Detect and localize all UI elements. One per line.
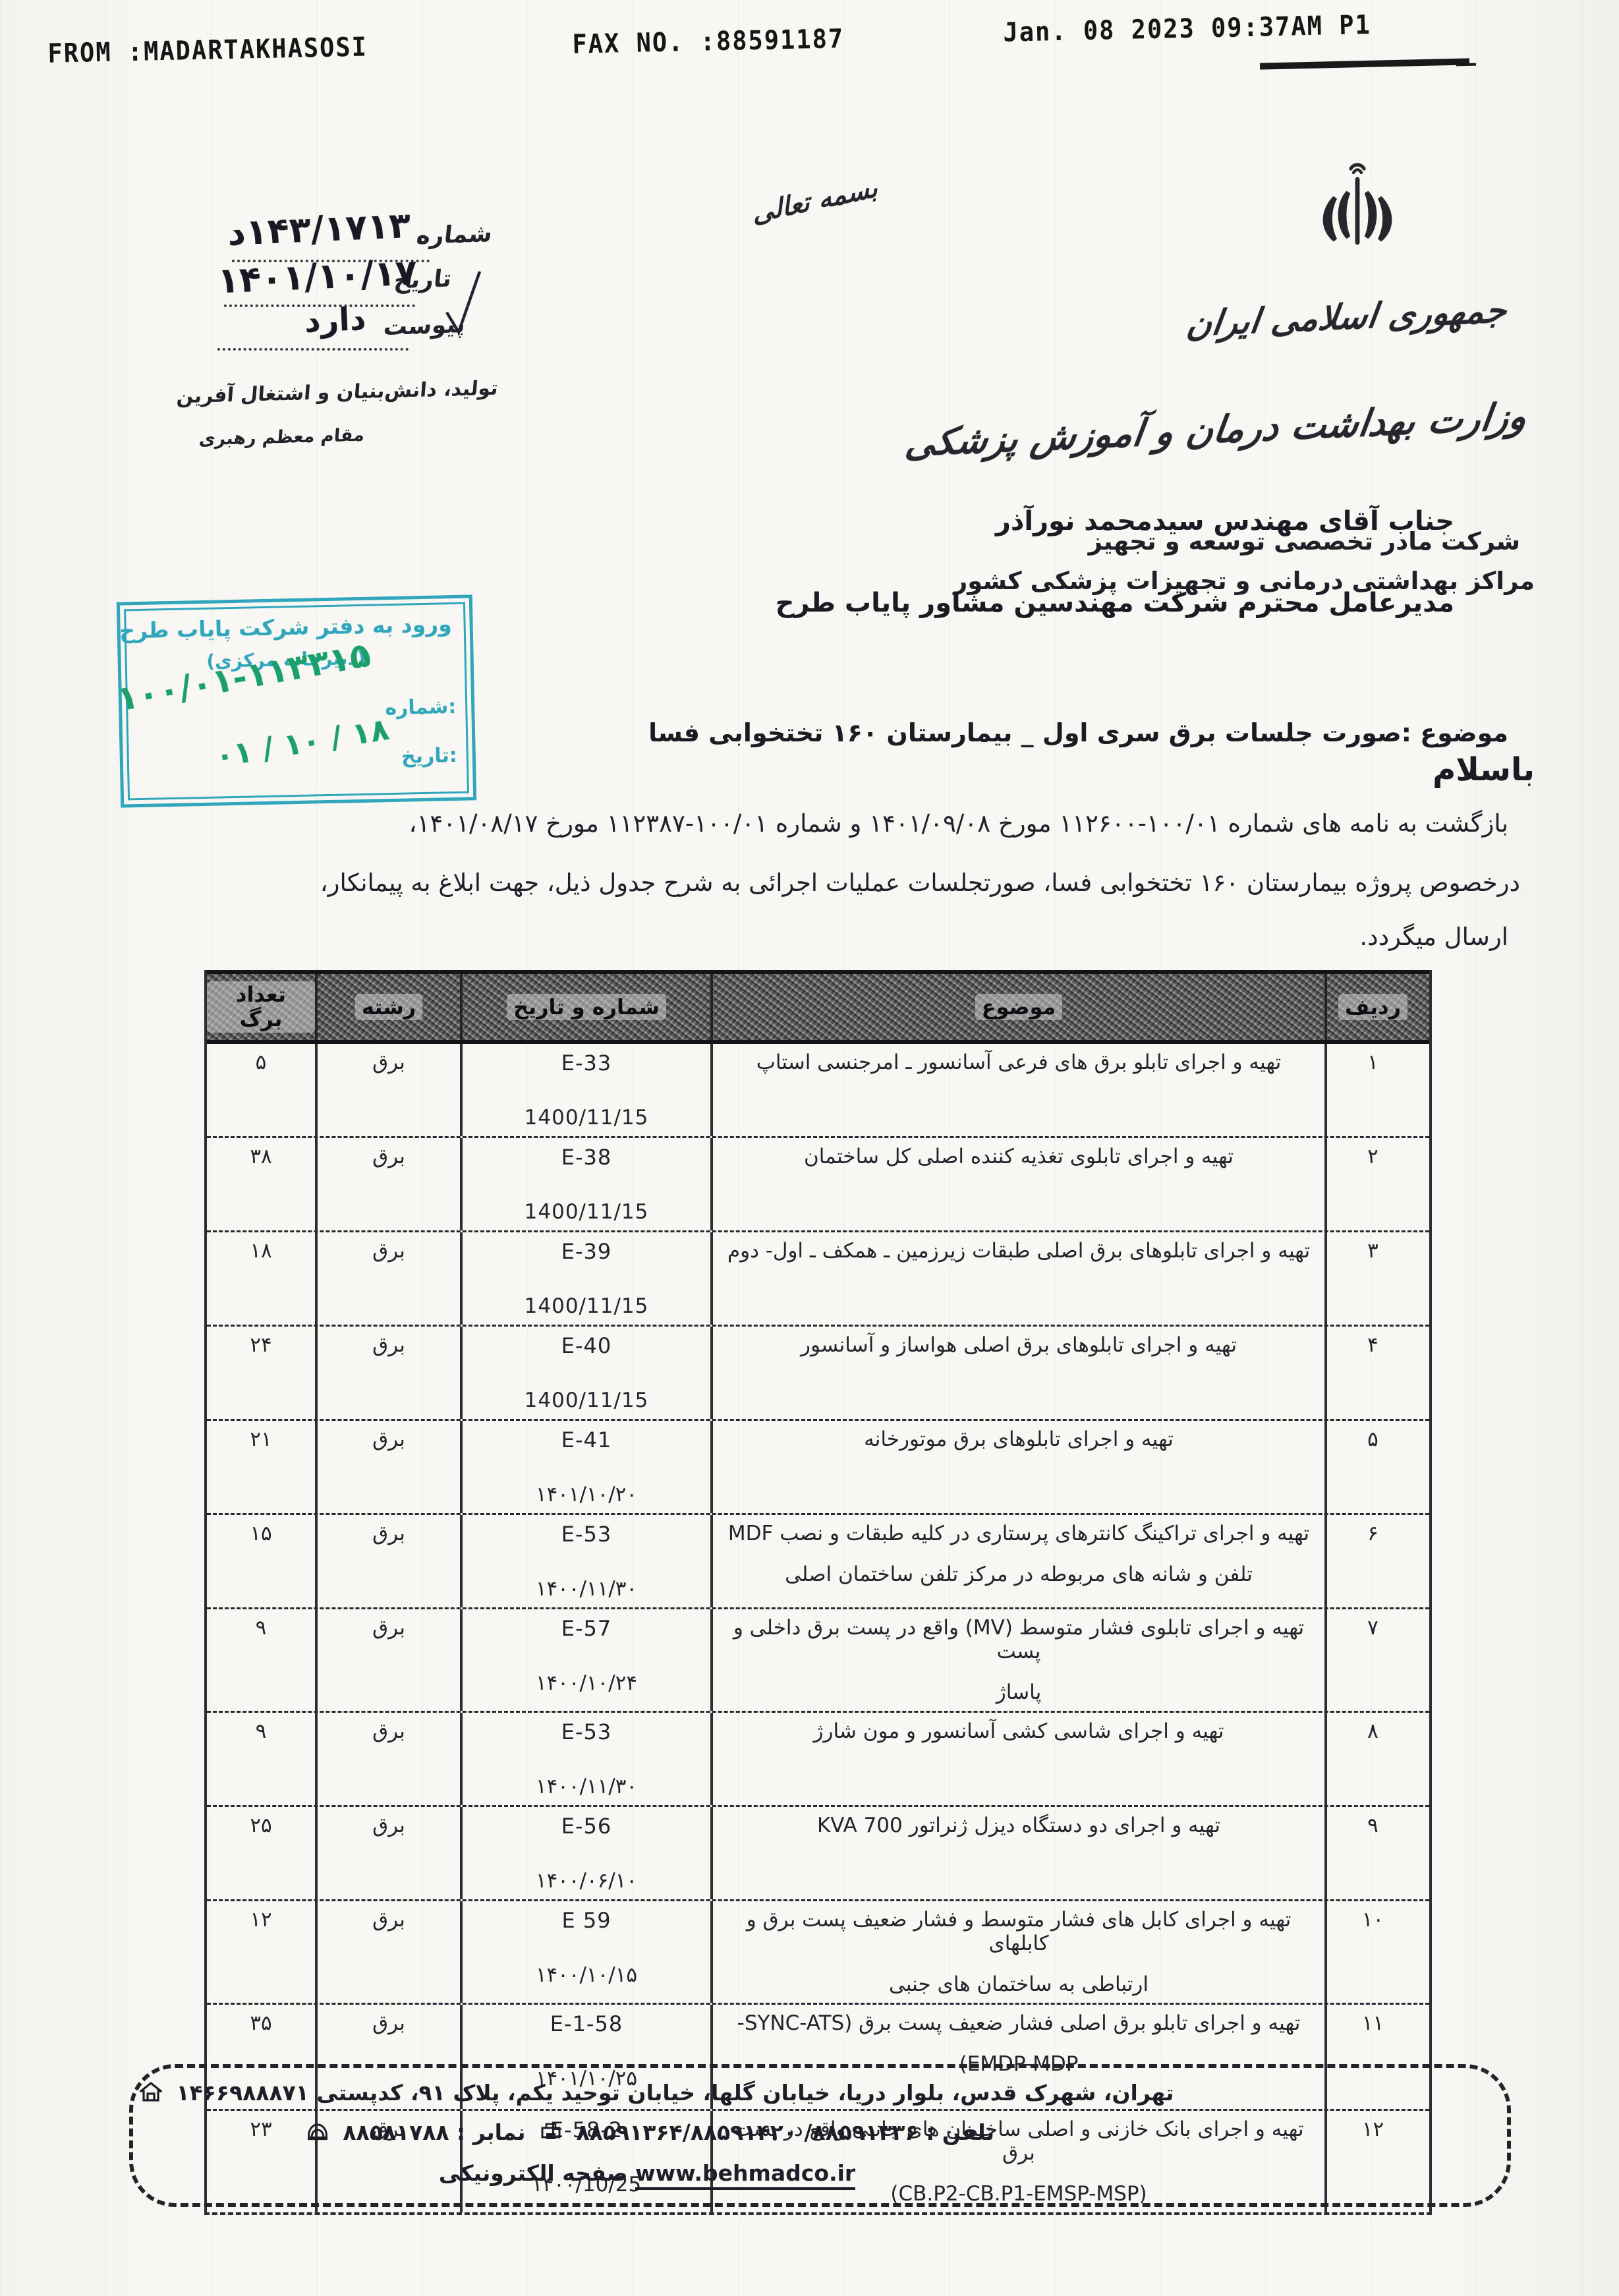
row-number-cell: ۵: [1327, 1421, 1419, 1513]
recipient-title: مدیرعامل محترم شرکت مهندسین مشاور پایاب …: [776, 588, 1454, 618]
subject-text: تهیه و اجرای تابلو برق های فرعی آسانسور …: [756, 1050, 1282, 1074]
subject-text: تهیه و اجرای تابلوی تغذیه کننده اصلی کل …: [804, 1145, 1234, 1168]
subject-cell: تهیه و اجرای شاسی کشی آسانسور و مون شارژ: [713, 1713, 1327, 1805]
pages-cell: ۲۱: [207, 1421, 318, 1513]
stamp-number-handwritten: ۱۰۰/۰۱-۱۱۳۳۱۵: [114, 635, 374, 720]
number-date-cell: E-57۱۴۰۰/۱۰/۲۴: [463, 1609, 713, 1711]
footer-phone-line: تلفن : ۸۸۵۹۱۳۳۶/ ۸۸۵۹۱۳۶۴/۸۸۵۹۱۴۲۰ نمابر…: [133, 2119, 1161, 2147]
pages-cell: ۱۲: [207, 1901, 318, 2003]
subject-text: تهیه و اجرای شاسی کشی آسانسور و مون شارژ: [814, 1719, 1224, 1743]
number-date-cell: E-41۱۴۰۱/۱۰/۲۰: [463, 1421, 713, 1513]
row-number-cell: ۱۰: [1327, 1901, 1419, 2003]
footer-web-line: صفحه الکترونیکی www.behmadco.ir: [133, 2160, 1161, 2186]
doc-date: ۱۴۰۰/۱۰/۱۵: [536, 1963, 637, 1987]
slogan-line-2: مقام معظم رهبری: [198, 425, 366, 450]
recipient-name: جناب آقای مهندس سیدمحمد نورآذر: [996, 506, 1454, 536]
entry-stamp: ورود به دفتر شرکت پایاب طرح (دبیرخانه مر…: [117, 594, 476, 807]
field-cell: برق: [318, 1515, 463, 1607]
header-pages: تعداد برگ: [207, 974, 318, 1040]
doc-date: ۱۴۰۱/۱۰/۲۰: [536, 1483, 637, 1507]
pages-cell: ۲۴: [207, 1327, 318, 1419]
field-cell: برق: [318, 1138, 463, 1230]
header-field: رشته: [318, 974, 463, 1040]
doc-number: E-53: [561, 1719, 611, 1744]
subject-text: تهیه و اجرای کابل های فشار متوسط و فشار …: [718, 1908, 1319, 1955]
doc-date: ۱۴۰۰/۰۶/۱۰: [536, 1869, 637, 1893]
subject-cell: تهیه و اجرای تابلوهای برق اصلی طبقات زیر…: [713, 1232, 1327, 1325]
fax-from: FROM :MADARTAKHASOSI: [47, 32, 368, 69]
header-row-no: ردیف: [1327, 974, 1419, 1040]
subject-text-2: تلفن و شانه های مربوطه در مرکز تلفن ساخت…: [785, 1563, 1253, 1586]
subject-cell: تهیه و اجرای تابلوهای برق موتورخانه: [713, 1421, 1327, 1513]
subject-cell: تهیه و اجرای دو دستگاه دیزل ژنراتور 700 …: [713, 1807, 1327, 1899]
attachment-value-handwritten: دارد: [304, 301, 367, 340]
row-number-cell: ۸: [1327, 1713, 1419, 1805]
date-value-handwritten: ۱۴۰۱/۱۰/۱۷: [217, 251, 418, 301]
subject-text-2: ارتباطی به ساختمان های جنبی: [889, 1972, 1149, 1996]
stamp-number-label: شماره:: [385, 695, 457, 720]
footer-contact-box: تهران، شهرک قدس، بلوار دریا، خیابان گلها…: [129, 2064, 1511, 2207]
ministry-calligraphy: وزارت بهداشت درمان و آموزش پزشکی: [903, 395, 1529, 465]
doc-number: E-56: [561, 1814, 611, 1839]
doc-number: E-41: [561, 1427, 611, 1452]
slogan-line-1: تولید، دانش‌بنیان و اشتغال آفرین: [176, 377, 499, 409]
number-date-cell: E 59۱۴۰۰/۱۰/۱۵: [463, 1901, 713, 2003]
stamp-title: ورود به دفتر شرکت پایاب طرح: [119, 611, 452, 644]
salutation: باسلام: [1433, 751, 1535, 788]
doc-number: E-38: [561, 1145, 611, 1170]
pages-cell: ۳۸: [207, 1138, 318, 1230]
table-row-1: ۵ برق E-331400/11/15 تهیه و اجرای تابلو …: [207, 1044, 1429, 1136]
doc-date: 1400/11/15: [525, 1389, 649, 1412]
body-line-2: درخصوص پروژه بیمارستان ۱۶۰ تختخوابی فسا،…: [320, 869, 1520, 897]
row-number-cell: ۱: [1327, 1044, 1419, 1136]
field-cell: برق: [318, 1421, 463, 1513]
number-label: شماره: [415, 220, 494, 250]
table-row-2: ۳۸ برق E-381400/11/15 تهیه و اجرای تابلو…: [207, 1136, 1429, 1230]
footer-phone-label: تلفن :: [926, 2119, 994, 2145]
number-date-cell: E-56۱۴۰۰/۰۶/۱۰: [463, 1807, 713, 1899]
pages-cell: ۱۸: [207, 1232, 318, 1325]
header-subject-label: موضوع: [975, 994, 1063, 1021]
row-number-cell: ۴: [1327, 1327, 1419, 1419]
checkmark-icon: [443, 269, 482, 344]
subject-text: تهیه و اجرای دو دستگاه دیزل ژنراتور 700 …: [817, 1814, 1220, 1837]
header-row-no-label: ردیف: [1338, 994, 1407, 1021]
bismillah-calligraphy: بسمه تعالی: [751, 173, 879, 229]
footer-address-text: تهران، شهرک قدس، بلوار دریا، خیابان گلها…: [177, 2080, 1174, 2106]
number-date-cell: E-53۱۴۰۰/۱۱/۳۰: [463, 1515, 713, 1607]
subject-cell: تهیه و اجرای تابلوی تغذیه کننده اصلی کل …: [713, 1138, 1327, 1230]
field-cell: برق: [318, 1901, 463, 2003]
field-cell: برق: [318, 1807, 463, 1899]
doc-date: ۱۴۰۰/۱۱/۳۰: [536, 1775, 637, 1798]
table-row-4: ۲۴ برق E-401400/11/15 تهیه و اجرای تابلو…: [207, 1325, 1429, 1419]
table-row-3: ۱۸ برق E-391400/11/15 تهیه و اجرای تابلو…: [207, 1230, 1429, 1325]
iran-emblem-icon: [1319, 158, 1396, 286]
subject-text: تهیه و اجرای تابلو برق اصلی فشار ضعیف پس…: [737, 2011, 1301, 2035]
body-line-1: بازگشت به نامه های شماره ۱۰۰/۰۱-۱۱۲۶۰۰ م…: [409, 809, 1508, 838]
pages-cell: ۱۵: [207, 1515, 318, 1607]
doc-number: E-57: [561, 1616, 611, 1641]
row-number-cell: ۳: [1327, 1232, 1419, 1325]
subject-cell: تهیه و اجرای کابل های فشار متوسط و فشار …: [713, 1901, 1327, 2003]
house-icon: [140, 2081, 162, 2107]
stamp-date-handwritten: ۰۱ / ۱۰ / ۱۸: [213, 711, 391, 774]
header-number-date-label: شماره و تاریخ: [507, 994, 666, 1021]
row-number-cell: ۶: [1327, 1515, 1419, 1607]
fax-underline: [1260, 58, 1469, 69]
fax-datetime: Jan. 08 2023 09:37AM P1: [1003, 9, 1371, 47]
pages-cell: ۵: [207, 1044, 318, 1136]
row-number-cell: ۲: [1327, 1138, 1419, 1230]
phone-icon: [306, 2121, 329, 2147]
doc-date: ۱۴۰۰/۱۰/۲۴: [536, 1671, 637, 1695]
subject-cell: تهیه و اجرای تابلوی فشار متوسط (MV) واقع…: [713, 1609, 1327, 1711]
subject-cell: تهیه و اجرای تابلو برق های فرعی آسانسور …: [713, 1044, 1327, 1136]
pages-cell: ۹: [207, 1609, 318, 1711]
number-date-cell: E-331400/11/15: [463, 1044, 713, 1136]
subject-text: تهیه و اجرای تراکینگ کانترهای پرستاری در…: [728, 1522, 1309, 1545]
body-line-3: ارسال میگردد.: [1359, 923, 1508, 951]
footer-address-line: تهران، شهرک قدس، بلوار دریا، خیابان گلها…: [133, 2080, 1161, 2107]
minutes-table: تعداد برگ رشته شماره و تاریخ موضوع ردیف …: [204, 970, 1432, 2215]
subject-text-2: پاساژ: [996, 1680, 1041, 1704]
row-number-cell: ۹: [1327, 1807, 1419, 1899]
doc-number: E-53: [561, 1522, 611, 1547]
entry-stamp-inner-border: ورود به دفتر شرکت پایاب طرح (دبیرخانه مر…: [124, 602, 469, 801]
fax-document-page: { "fax_header": { "from": "FROM :MADARTA…: [0, 0, 1619, 2296]
field-cell: برق: [318, 1713, 463, 1805]
doc-date: 1400/11/15: [525, 1200, 649, 1224]
subject-text: تهیه و اجرای تابلوهای برق موتورخانه: [864, 1427, 1174, 1451]
table-row-10: ۱۲ برق E 59۱۴۰۰/۱۰/۱۵ تهیه و اجرای کابل …: [207, 1899, 1429, 2003]
field-cell: برق: [318, 1044, 463, 1136]
doc-date: ۱۴۰۰/۱۱/۳۰: [536, 1577, 637, 1601]
subject-text: تهیه و اجرای تابلوهای برق اصلی هواساز و …: [801, 1333, 1237, 1357]
row-number-cell: ۷: [1327, 1609, 1419, 1711]
subject-line: موضوع :صورت جلسات برق سری اول _ بیمارستا…: [648, 718, 1508, 747]
doc-number: E-39: [561, 1239, 611, 1264]
doc-date: 1400/11/15: [525, 1106, 649, 1130]
pages-cell: ۲۵: [207, 1807, 318, 1899]
fax-underline-tail: [1456, 63, 1476, 67]
field-cell: برق: [318, 1232, 463, 1325]
number-date-cell: E-381400/11/15: [463, 1138, 713, 1230]
table-row-9: ۲۵ برق E-56۱۴۰۰/۰۶/۱۰ تهیه و اجرای دو دس…: [207, 1805, 1429, 1899]
fax-icon: [540, 2121, 562, 2146]
fax-number: FAX NO. :88591187: [572, 23, 845, 59]
table-header-row: تعداد برگ رشته شماره و تاریخ موضوع ردیف: [207, 970, 1429, 1044]
republic-calligraphy: جمهوری اسلامی ایران: [1185, 291, 1510, 345]
header-subject: موضوع: [713, 974, 1327, 1040]
table-row-7: ۹ برق E-57۱۴۰۰/۱۰/۲۴ تهیه و اجرای تابلوی…: [207, 1607, 1429, 1711]
footer-phone-numbers: ۸۸۵۹۱۳۳۶/ ۸۸۵۹۱۳۶۴/۸۸۵۹۱۴۲۰: [577, 2119, 919, 2145]
subject-text: تهیه و اجرای تابلوهای برق اصلی طبقات زیر…: [727, 1239, 1310, 1263]
doc-number: E-40: [561, 1333, 611, 1358]
footer-website-url: www.behmadco.ir: [635, 2160, 855, 2190]
doc-number: E-1-58: [550, 2011, 623, 2036]
doc-number: E-33: [561, 1050, 611, 1076]
subject-cell: تهیه و اجرای تراکینگ کانترهای پرستاری در…: [713, 1515, 1327, 1607]
stamp-date-label: تاریخ:: [401, 744, 457, 768]
attachment-dotted-line: [217, 348, 409, 351]
table-row-5: ۲۱ برق E-41۱۴۰۱/۱۰/۲۰ تهیه و اجرای تابلو…: [207, 1419, 1429, 1513]
field-cell: برق: [318, 1327, 463, 1419]
table-row-6: ۱۵ برق E-53۱۴۰۰/۱۱/۳۰ تهیه و اجرای تراکی…: [207, 1513, 1429, 1607]
subject-cell: تهیه و اجرای تابلوهای برق اصلی هواساز و …: [713, 1327, 1327, 1419]
number-date-cell: E-401400/11/15: [463, 1327, 713, 1419]
footer-fax-label: نمابر :: [457, 2119, 526, 2145]
footer-fax-number: ۸۸۵۸۱۷۸۸: [343, 2119, 449, 2145]
doc-date: 1400/11/15: [525, 1294, 649, 1318]
number-value-handwritten: ۱۴۳/۱۷۱۳د: [227, 204, 412, 254]
header-field-label: رشته: [355, 994, 422, 1021]
number-date-cell: E-391400/11/15: [463, 1232, 713, 1325]
footer-web-label: صفحه الکترونیکی: [439, 2160, 628, 2186]
header-pages-label: تعداد برگ: [207, 981, 315, 1033]
doc-number: E 59: [561, 1908, 611, 1933]
table-row-8: ۹ برق E-53۱۴۰۰/۱۱/۳۰ تهیه و اجرای شاسی ک…: [207, 1711, 1429, 1805]
field-cell: برق: [318, 1609, 463, 1711]
number-date-cell: E-53۱۴۰۰/۱۱/۳۰: [463, 1713, 713, 1805]
header-number-date: شماره و تاریخ: [463, 974, 713, 1040]
pages-cell: ۹: [207, 1713, 318, 1805]
subject-text: تهیه و اجرای تابلوی فشار متوسط (MV) واقع…: [718, 1616, 1319, 1663]
